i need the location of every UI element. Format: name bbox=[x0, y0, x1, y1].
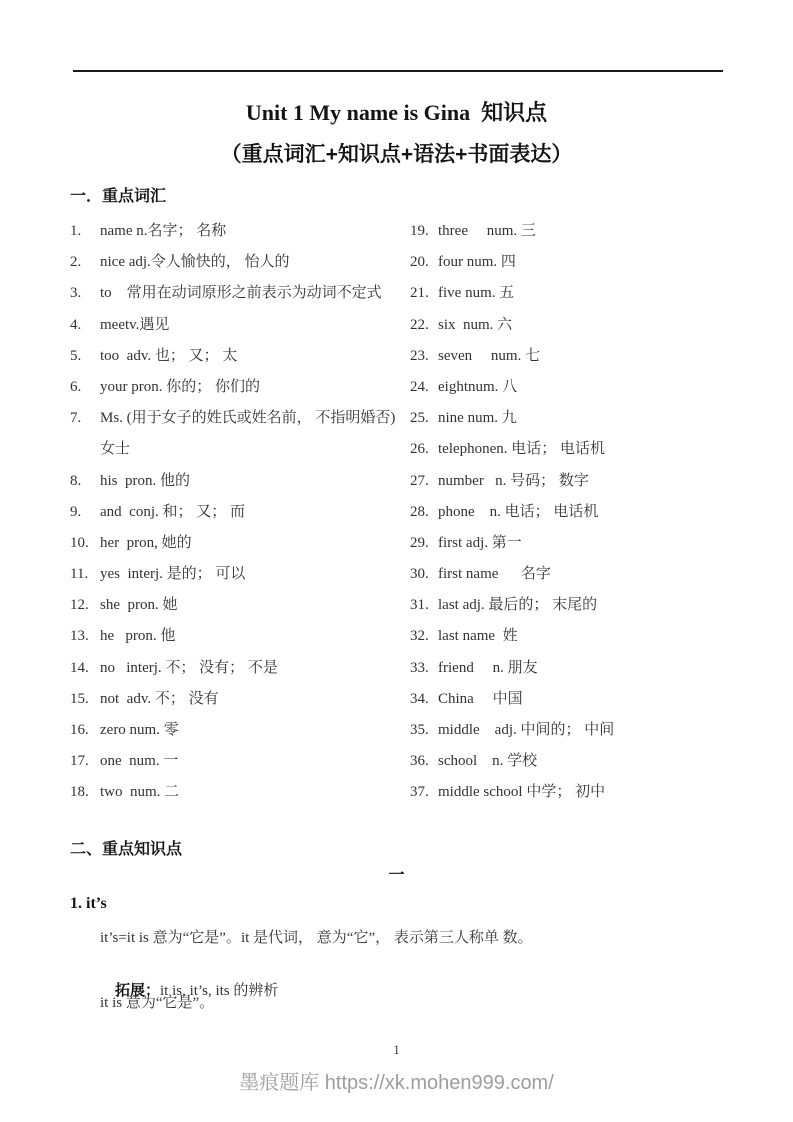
vocab-item: 35. middle adj. 中间的； 中间 bbox=[410, 720, 745, 751]
vocab-item-number: 18. bbox=[70, 782, 100, 802]
vocab-item-text: two num. 二 bbox=[100, 782, 179, 802]
vocab-item: 26. telephonen. 电话； 电话机 bbox=[410, 439, 745, 470]
vocab-item: 14. no interj. 不； 没有； 不是 bbox=[70, 658, 405, 689]
vocab-item: 21. five num. 五 bbox=[410, 283, 745, 314]
vocab-item: 25. nine num. 九 bbox=[410, 408, 745, 439]
vocab-item-number: 14. bbox=[70, 658, 100, 678]
vocab-item-text: last adj. 最后的； 末尾的 bbox=[438, 595, 597, 615]
vocab-item-number: 37. bbox=[410, 782, 438, 802]
knowledge-point-line3: it is 意为“它是”。 bbox=[100, 993, 214, 1013]
vocab-item-number: 16. bbox=[70, 720, 100, 740]
vocab-item-text: telephonen. 电话； 电话机 bbox=[438, 439, 605, 459]
vocab-item-number: 36. bbox=[410, 751, 438, 771]
vocab-item: 22. six num. 六 bbox=[410, 315, 745, 346]
vocab-item: 13. he pron. 他 bbox=[70, 626, 405, 657]
vocab-item-text: too adv. 也； 又； 太 bbox=[100, 346, 237, 366]
vocab-item-number: 7. bbox=[70, 408, 100, 428]
vocab-item-number: 9. bbox=[70, 502, 100, 522]
vocab-item-text: he pron. 他 bbox=[100, 626, 175, 646]
vocab-item-number: 30. bbox=[410, 564, 438, 584]
vocab-item-number: 29. bbox=[410, 533, 438, 553]
vocab-item-text: first adj. 第一 bbox=[438, 533, 522, 553]
header-rule bbox=[73, 70, 723, 72]
vocab-item-number: 11. bbox=[70, 564, 100, 584]
vocab-item: 5. too adv. 也； 又； 太 bbox=[70, 346, 405, 377]
vocab-item-text: friend n. 朋友 bbox=[438, 658, 538, 678]
vocab-item-text: first name 名字 bbox=[438, 564, 551, 584]
vocab-item: 32. last name 姓 bbox=[410, 626, 745, 657]
vocab-item-text: five num. 五 bbox=[438, 283, 514, 303]
section2-heading: 二、重点知识点 bbox=[70, 836, 182, 859]
vocab-item: 女士 bbox=[70, 439, 405, 470]
vocab-item-number: 25. bbox=[410, 408, 438, 428]
vocab-item-number: 19. bbox=[410, 221, 438, 241]
vocab-item: 4. meetv.遇见 bbox=[70, 315, 405, 346]
vocab-item: 10. her pron, 她的 bbox=[70, 533, 405, 564]
vocab-item-text: 女士 bbox=[100, 439, 130, 459]
vocab-item-number: 27. bbox=[410, 471, 438, 491]
vocab-item-text: middle school 中学； 初中 bbox=[438, 782, 605, 802]
vocab-item-number: 23. bbox=[410, 346, 438, 366]
vocab-item-number: 2. bbox=[70, 252, 100, 272]
vocab-item-text: middle adj. 中间的； 中间 bbox=[438, 720, 614, 740]
vocab-item-text: your pron. 你的； 你们的 bbox=[100, 377, 260, 397]
vocab-item-text: to 常用在动词原形之前表示为动词不定式 bbox=[100, 283, 382, 303]
vocab-item-text: number n. 号码； 数字 bbox=[438, 471, 589, 491]
vocab-item-number: 8. bbox=[70, 471, 100, 491]
vocab-item-text: yes interj. 是的； 可以 bbox=[100, 564, 245, 584]
vocab-item: 19. three num. 三 bbox=[410, 221, 745, 252]
vocab-item-text: China 中国 bbox=[438, 689, 523, 709]
vocab-item-number: 15. bbox=[70, 689, 100, 709]
vocab-item-text: Ms. (用于女子的姓氏或姓名前， 不指明婚否) bbox=[100, 408, 395, 428]
vocab-item-number: 1. bbox=[70, 221, 100, 241]
vocab-item-text: his pron. 他的 bbox=[100, 471, 190, 491]
vocab-item-text: she pron. 她 bbox=[100, 595, 178, 615]
knowledge-point-line1: it’s=it is 意为“它是”。it 是代词， 意为“它”， 表示第三人称单… bbox=[100, 928, 533, 948]
vocab-item-text: six num. 六 bbox=[438, 315, 512, 335]
vocab-item: 12. she pron. 她 bbox=[70, 595, 405, 626]
vocab-item-number: 12. bbox=[70, 595, 100, 615]
vocab-item: 1. name n.名字； 名称 bbox=[70, 221, 405, 252]
vocab-list-right: 19. three num. 三 20. four num. 四 21. fiv… bbox=[410, 221, 745, 814]
vocab-item-text: and conj. 和； 又； 而 bbox=[100, 502, 245, 522]
vocab-item: 20. four num. 四 bbox=[410, 252, 745, 283]
vocab-item-text: eightnum. 八 bbox=[438, 377, 517, 397]
vocab-item-number: 34. bbox=[410, 689, 438, 709]
vocab-item: 11. yes interj. 是的； 可以 bbox=[70, 564, 405, 595]
vocab-item-text: phone n. 电话； 电话机 bbox=[438, 502, 598, 522]
vocab-item-text: nice adj.令人愉快的， 怡人的 bbox=[100, 252, 290, 272]
vocab-item-number: 22. bbox=[410, 315, 438, 335]
vocab-item: 18. two num. 二 bbox=[70, 782, 405, 813]
vocab-item-number: 31. bbox=[410, 595, 438, 615]
vocab-item: 7. Ms. (用于女子的姓氏或姓名前， 不指明婚否) bbox=[70, 408, 405, 439]
vocab-item: 9. and conj. 和； 又； 而 bbox=[70, 502, 405, 533]
vocab-item: 23. seven num. 七 bbox=[410, 346, 745, 377]
vocab-item-number: 6. bbox=[70, 377, 100, 397]
vocab-item-text: no interj. 不； 没有； 不是 bbox=[100, 658, 278, 678]
document-subtitle: （重点词汇+知识点+语法+书面表达） bbox=[0, 138, 793, 168]
vocab-item: 29. first adj. 第一 bbox=[410, 533, 745, 564]
vocab-item-text: one num. 一 bbox=[100, 751, 178, 771]
vocab-item-number: 17. bbox=[70, 751, 100, 771]
vocab-item: 15. not adv. 不； 没有 bbox=[70, 689, 405, 720]
vocab-item-number: 28. bbox=[410, 502, 438, 522]
vocab-item-text: her pron, 她的 bbox=[100, 533, 192, 553]
document-title: Unit 1 My name is Gina 知识点 bbox=[0, 96, 793, 127]
vocab-item: 6. your pron. 你的； 你们的 bbox=[70, 377, 405, 408]
vocab-item-number: 3. bbox=[70, 283, 100, 303]
vocab-item-text: school n. 学校 bbox=[438, 751, 537, 771]
vocab-item: 30. first name 名字 bbox=[410, 564, 745, 595]
vocab-item-number: 26. bbox=[410, 439, 438, 459]
vocab-item-text: four num. 四 bbox=[438, 252, 516, 272]
page-number: 1 bbox=[0, 1042, 793, 1058]
vocab-item-text: three num. 三 bbox=[438, 221, 536, 241]
vocab-item-number: 10. bbox=[70, 533, 100, 553]
vocab-item-text: seven num. 七 bbox=[438, 346, 540, 366]
vocab-item: 2. nice adj.令人愉快的， 怡人的 bbox=[70, 252, 405, 283]
knowledge-point-title: 1. it’s bbox=[70, 895, 107, 913]
vocab-item-number: 20. bbox=[410, 252, 438, 272]
vocab-item-text: meetv.遇见 bbox=[100, 315, 169, 335]
vocab-item-number: 32. bbox=[410, 626, 438, 646]
vocab-item: 3. to 常用在动词原形之前表示为动词不定式 bbox=[70, 283, 405, 314]
vocab-item: 37. middle school 中学； 初中 bbox=[410, 782, 745, 813]
vocab-item: 31. last adj. 最后的； 末尾的 bbox=[410, 595, 745, 626]
section1-heading: 一．重点词汇 bbox=[70, 183, 166, 206]
vocab-item-text: last name 姓 bbox=[438, 626, 518, 646]
vocab-item-text: nine num. 九 bbox=[438, 408, 517, 428]
vocab-item-number: 33. bbox=[410, 658, 438, 678]
vocab-item: 8. his pron. 他的 bbox=[70, 471, 405, 502]
vocab-item-text: not adv. 不； 没有 bbox=[100, 689, 219, 709]
vocab-item: 16. zero num. 零 bbox=[70, 720, 405, 751]
vocab-item: 28. phone n. 电话； 电话机 bbox=[410, 502, 745, 533]
watermark-text: 墨痕题库 https://xk.mohen999.com/ bbox=[0, 1066, 793, 1095]
vocab-list-left: 1. name n.名字； 名称 2. nice adj.令人愉快的， 怡人的 … bbox=[70, 221, 405, 814]
vocab-item-number: 24. bbox=[410, 377, 438, 397]
vocab-item-number: 35. bbox=[410, 720, 438, 740]
subsection-divider: 一 bbox=[0, 862, 793, 885]
vocab-item: 33. friend n. 朋友 bbox=[410, 658, 745, 689]
vocab-item-number: 4. bbox=[70, 315, 100, 335]
vocab-item-text: zero num. 零 bbox=[100, 720, 179, 740]
vocab-item-text: name n.名字； 名称 bbox=[100, 221, 226, 241]
vocab-item-number: 5. bbox=[70, 346, 100, 366]
vocab-item: 36. school n. 学校 bbox=[410, 751, 745, 782]
vocab-item: 27. number n. 号码； 数字 bbox=[410, 471, 745, 502]
vocab-item-number: 21. bbox=[410, 283, 438, 303]
vocab-item: 24. eightnum. 八 bbox=[410, 377, 745, 408]
document-page: Unit 1 My name is Gina 知识点 （重点词汇+知识点+语法+… bbox=[0, 0, 793, 1122]
vocab-item: 34. China 中国 bbox=[410, 689, 745, 720]
vocab-item: 17. one num. 一 bbox=[70, 751, 405, 782]
vocab-item-number: 13. bbox=[70, 626, 100, 646]
